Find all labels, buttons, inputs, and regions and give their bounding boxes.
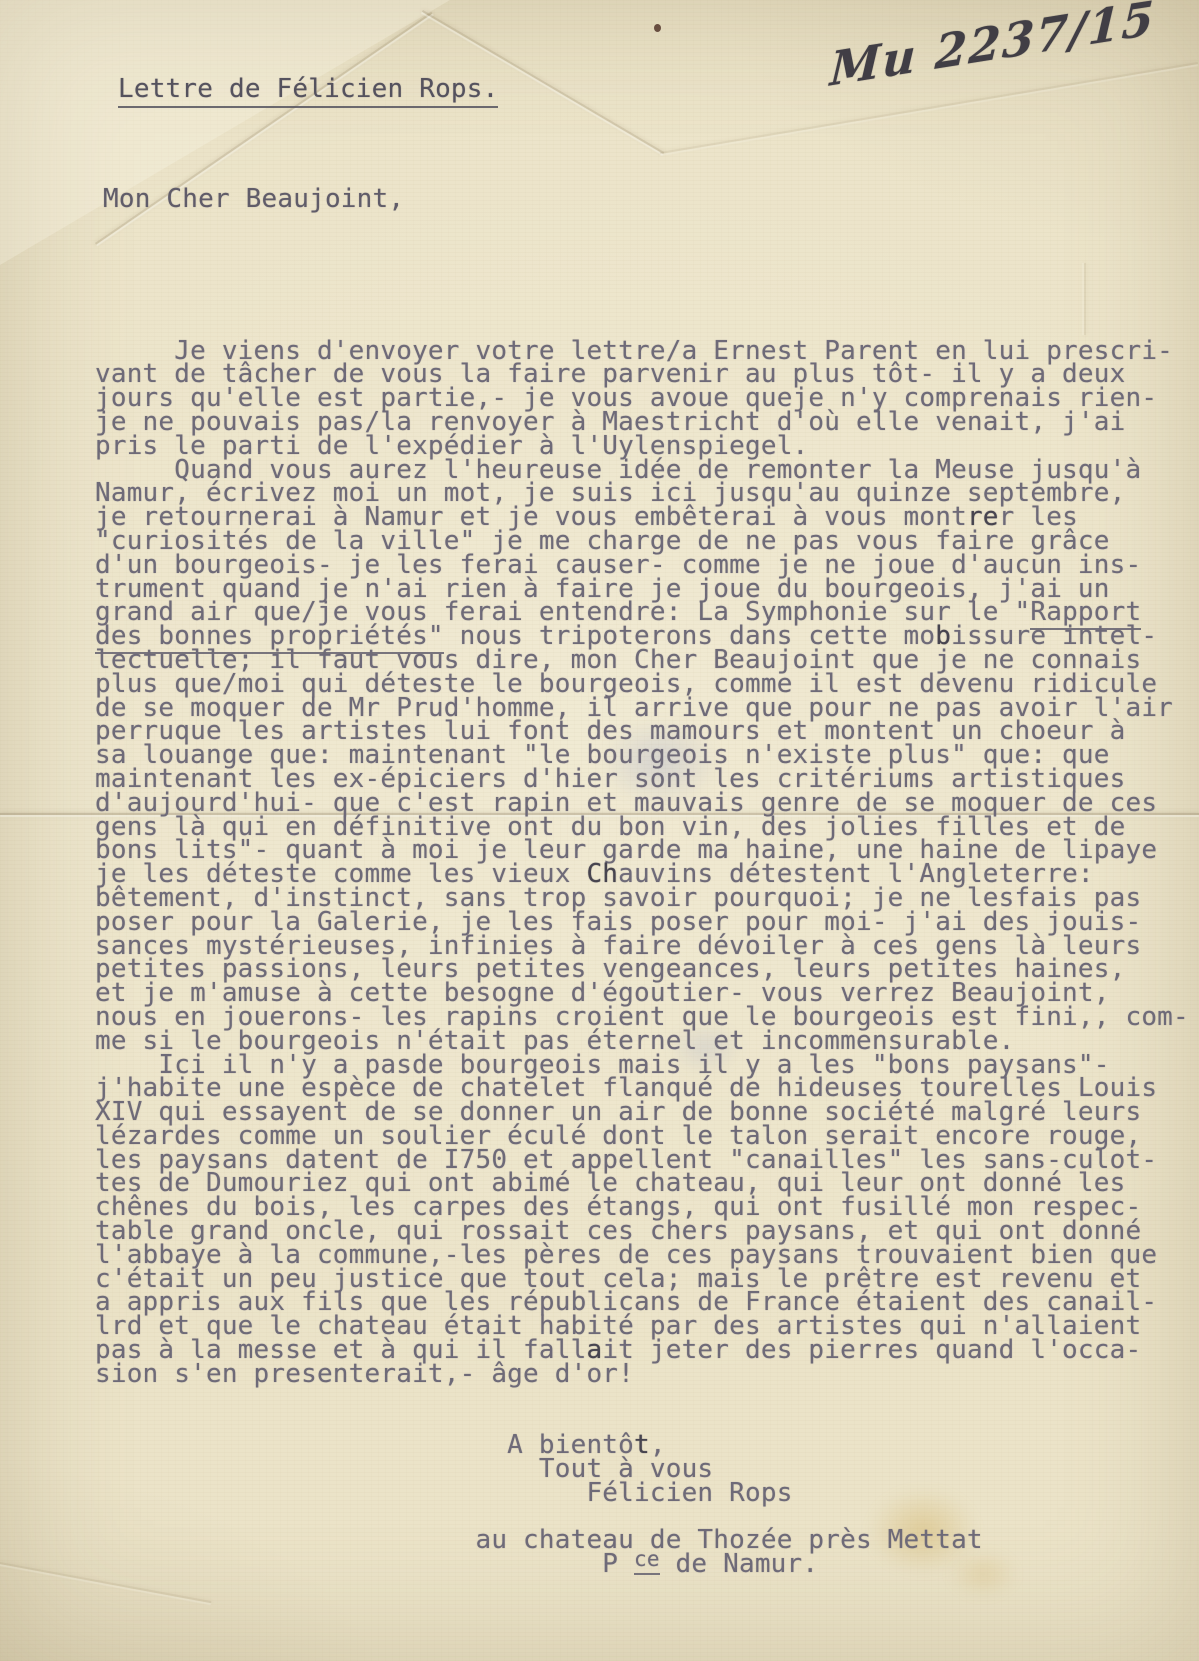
letter-title: Lettre de Félicien Rops. — [118, 74, 498, 104]
fold-facet-highlight — [0, 0, 450, 265]
handwritten-archive-number: Mu 2237/15 — [829, 0, 1187, 97]
letter-line: sion s'en presenterait,- âge d'or! — [95, 1363, 1175, 1387]
letter-body: Je viens d'envoyer votre lettre/a Ernest… — [95, 292, 1175, 1625]
letter-line: Félicien Rops — [95, 1482, 1175, 1506]
ink-dot — [654, 24, 661, 32]
letter-line: P ce de Namur. — [95, 1553, 1175, 1577]
letter-page: Mu 2237/15 Lettre de Félicien Rops. Mon … — [0, 0, 1199, 1661]
salutation: Mon Cher Beaujoint, — [103, 184, 404, 214]
letter-body-lines: Je viens d'envoyer votre lettre/a Ernest… — [95, 340, 1175, 1387]
letter-closing-lines: A bientôt, Tout à vous Félicien Rops au … — [95, 1434, 1175, 1577]
letter-title-text: Lettre de Félicien Rops. — [118, 74, 498, 108]
